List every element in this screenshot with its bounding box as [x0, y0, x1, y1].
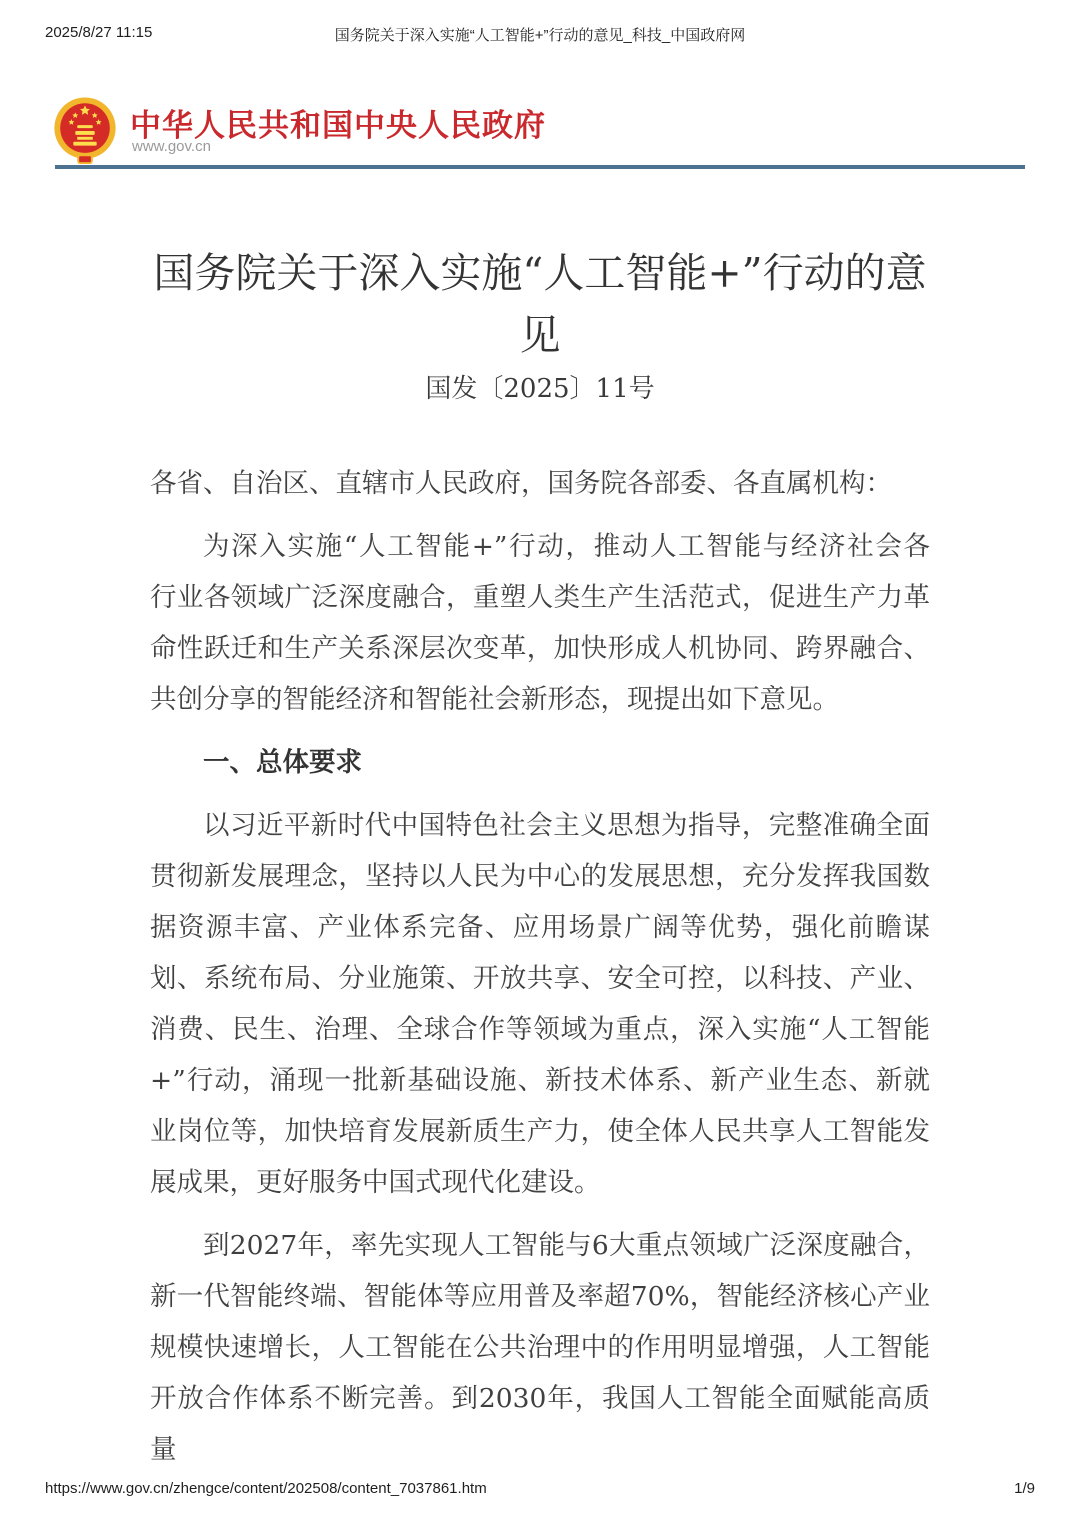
document-line: 各省、自治区、直辖市人民政府，国务院各部委、各直属机构： [150, 458, 930, 509]
section-heading: 一、总体要求 [150, 737, 930, 788]
document-title-line-1: 国务院关于深入实施“人工智能+”行动的意 [150, 242, 930, 304]
document-line: 规模快速增长，人工智能在公共治理中的作用明显增强，人工智能 [150, 1322, 930, 1373]
print-header: 2025/8/27 11:15 国务院关于深入实施“人工智能+”行动的意见_科技… [45, 24, 1035, 44]
document-line: 据资源丰富、产业体系完备、应用场景广阔等优势，强化前瞻谋 [150, 902, 930, 953]
paragraph: 到2027年，率先实现人工智能与6大重点领域广泛深度融合，新一代智能终端、智能体… [150, 1220, 930, 1475]
document-line: 开放合作体系不断完善。到2030年，我国人工智能全面赋能高质量 [150, 1373, 930, 1475]
header-rule [55, 165, 1025, 169]
document-line: 一、总体要求 [150, 737, 930, 788]
document-number: 国发〔2025〕11号 [150, 370, 930, 408]
document-header: 国务院关于深入实施“人工智能+”行动的意 见 国发〔2025〕11号 [150, 242, 930, 408]
paragraph: 各省、自治区、直辖市人民政府，国务院各部委、各直属机构： [150, 458, 930, 509]
document-line: 消费、民生、治理、全球合作等领域为重点，深入实施“人工智能 [150, 1004, 930, 1055]
site-url: www.gov.cn [132, 138, 211, 155]
document-line: 展成果，更好服务中国式现代化建设。 [150, 1157, 930, 1208]
document-line: 为深入实施“人工智能+”行动，推动人工智能与经济社会各 [150, 521, 930, 572]
document-title-line-2: 见 [150, 304, 930, 366]
paragraph: 以习近平新时代中国特色社会主义思想为指导，完整准确全面贯彻新发展理念，坚持以人民… [150, 800, 930, 1208]
document-line: +”行动，涌现一批新基础设施、新技术体系、新产业生态、新就 [150, 1055, 930, 1106]
document-line: 划、系统布局、分业施策、开放共享、安全可控，以科技、产业、 [150, 953, 930, 1004]
print-footer-page: 1/9 [1014, 1480, 1035, 1497]
document-line: 共创分享的智能经济和智能社会新形态，现提出如下意见。 [150, 674, 930, 725]
print-page: 2025/8/27 11:15 国务院关于深入实施“人工智能+”行动的意见_科技… [0, 0, 1080, 1528]
document-body: 各省、自治区、直辖市人民政府，国务院各部委、各直属机构：为深入实施“人工智能+”… [150, 458, 930, 1475]
document-line: 业岗位等，加快培育发展新质生产力，使全体人民共享人工智能发 [150, 1106, 930, 1157]
print-footer: https://www.gov.cn/zhengce/content/20250… [45, 1480, 1035, 1500]
document-line: 命性跃迁和生产关系深层次变革，加快形成人机协同、跨界融合、 [150, 623, 930, 674]
print-header-title: 国务院关于深入实施“人工智能+”行动的意见_科技_中国政府网 [45, 24, 1035, 45]
document-line: 贯彻新发展理念，坚持以人民为中心的发展思想，充分发挥我国数 [150, 851, 930, 902]
document-line: 新一代智能终端、智能体等应用普及率超70%，智能经济核心产业 [150, 1271, 930, 1322]
document-line: 到2027年，率先实现人工智能与6大重点领域广泛深度融合， [150, 1220, 930, 1271]
paragraph: 为深入实施“人工智能+”行动，推动人工智能与经济社会各行业各领域广泛深度融合，重… [150, 521, 930, 725]
document-line: 以习近平新时代中国特色社会主义思想为指导，完整准确全面 [150, 800, 930, 851]
document-line: 行业各领域广泛深度融合，重塑人类生产生活范式，促进生产力革 [150, 572, 930, 623]
print-footer-url: https://www.gov.cn/zhengce/content/20250… [45, 1480, 487, 1497]
national-emblem-icon [52, 96, 118, 166]
